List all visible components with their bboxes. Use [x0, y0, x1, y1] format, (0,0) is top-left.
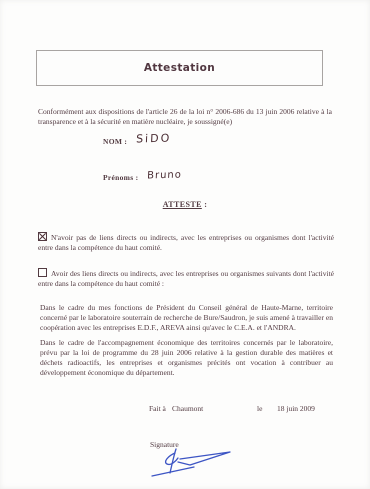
checkbox-checked-icon	[38, 232, 47, 241]
name-field: NOM :SiDO	[103, 131, 171, 149]
option-has-links-text: Avoir des liens directs ou indirects, av…	[38, 269, 334, 288]
place-value: Chaumont	[172, 404, 203, 413]
option-no-links: N'avoir pas de liens directs ou indirect…	[38, 232, 334, 253]
le-label: le	[257, 404, 262, 413]
option-has-links: Avoir des liens directs ou indirects, av…	[38, 268, 334, 289]
firstname-label: Prénoms :	[103, 173, 138, 182]
checkbox-unchecked-icon	[38, 268, 47, 277]
body-paragraph: Dans le cadre du mes fonctions de Présid…	[40, 303, 333, 333]
signature-scribble	[146, 446, 256, 480]
atteste-heading: ATTESTE :	[0, 200, 370, 209]
firstname-field: Prénoms :Bruno	[103, 167, 182, 185]
closing-line: Fait à Chaumont le 18 juin 2009	[0, 404, 370, 416]
signature-strokes	[152, 449, 230, 476]
name-handwritten-value: SiDO	[136, 132, 172, 146]
option-no-links-text: N'avoir pas de liens directs ou indirect…	[38, 233, 334, 252]
fait-a-label: Fait à	[149, 404, 166, 413]
document-title: Attestation	[144, 62, 215, 74]
atteste-heading-text: ATTESTE	[163, 200, 202, 209]
date-value: 18 juin 2009	[277, 404, 315, 413]
firstname-handwritten-value: Bruno	[147, 170, 182, 182]
name-label: NOM :	[103, 137, 127, 146]
intro-paragraph: Conformément aux dispositions de l'artic…	[38, 107, 332, 127]
attestation-document: Attestation Conformément aux disposition…	[0, 0, 370, 489]
title-box: Attestation	[36, 50, 323, 86]
body-paragraph: Dans le cadre de l'accompagnement économ…	[40, 338, 333, 378]
atteste-heading-colon: :	[202, 200, 207, 209]
